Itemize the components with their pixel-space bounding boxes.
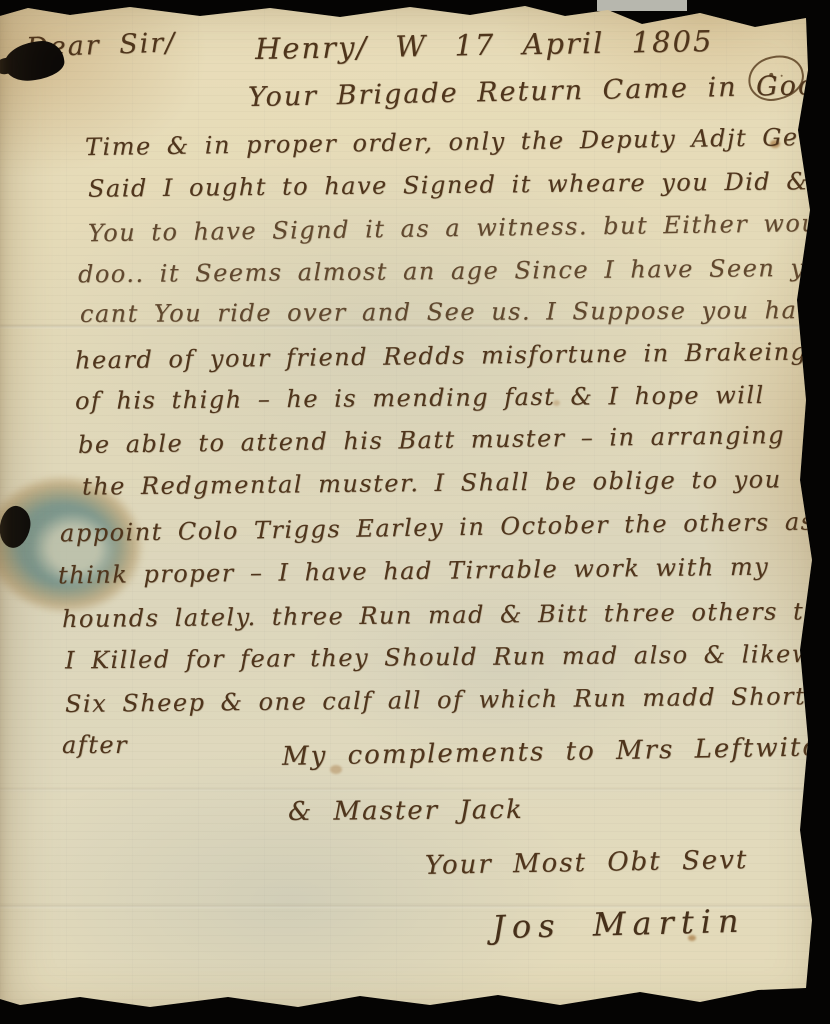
letter-line: be able to attend his Batt muster – in a… (78, 421, 785, 459)
letter-line: after (62, 731, 128, 759)
letter-line: think proper – I have had Tirrable work … (58, 553, 770, 590)
letter-line: I Killed for fear they Should Run mad al… (65, 640, 830, 675)
letter-line: doo.. it Seems almost an age Since I hav… (78, 254, 830, 289)
letter-line: Your Brigade Return Came in Good (248, 70, 830, 113)
master-jack-line: & Master Jack (288, 795, 524, 827)
letter-line: hounds lately. three Run mad & Bitt thre… (62, 597, 830, 633)
letter-line: the Redgmental muster. I Shall be oblige… (82, 465, 782, 500)
letter-line: Six Sheep & one calf all of which Run ma… (65, 682, 830, 718)
signature: Jos Martin (492, 902, 746, 947)
letter-line: appoint Colo Triggs Earley in October th… (60, 507, 830, 548)
letter-line: Said I ought to have Signed it wheare yo… (88, 167, 809, 203)
letter-line: cant You ride over and See us. I Suppose… (80, 296, 828, 328)
letter-line: You to have Signd it as a witness. but E… (88, 209, 830, 248)
dateline: Henry/ W 17 April 1805 (255, 24, 714, 66)
scanned-letter-page: Dear Sir/ Henry/ W 17 April 1805 Your Br… (0, 0, 830, 1024)
scan-edge-artifact (597, 0, 687, 11)
letter-line: heard of your friend Redds misfortune in… (75, 338, 808, 375)
closing-line: Your Most Obt Sevt (425, 845, 749, 881)
fold-crease (0, 788, 830, 791)
letter-line: of his thigh – he is mending fast & I ho… (75, 381, 765, 415)
letter-paper: Dear Sir/ Henry/ W 17 April 1805 Your Br… (0, 0, 830, 1024)
letter-line: Time & in proper order, only the Deputy … (85, 123, 825, 161)
compliments-line: My complements to Mrs Leftwitch (282, 732, 830, 772)
